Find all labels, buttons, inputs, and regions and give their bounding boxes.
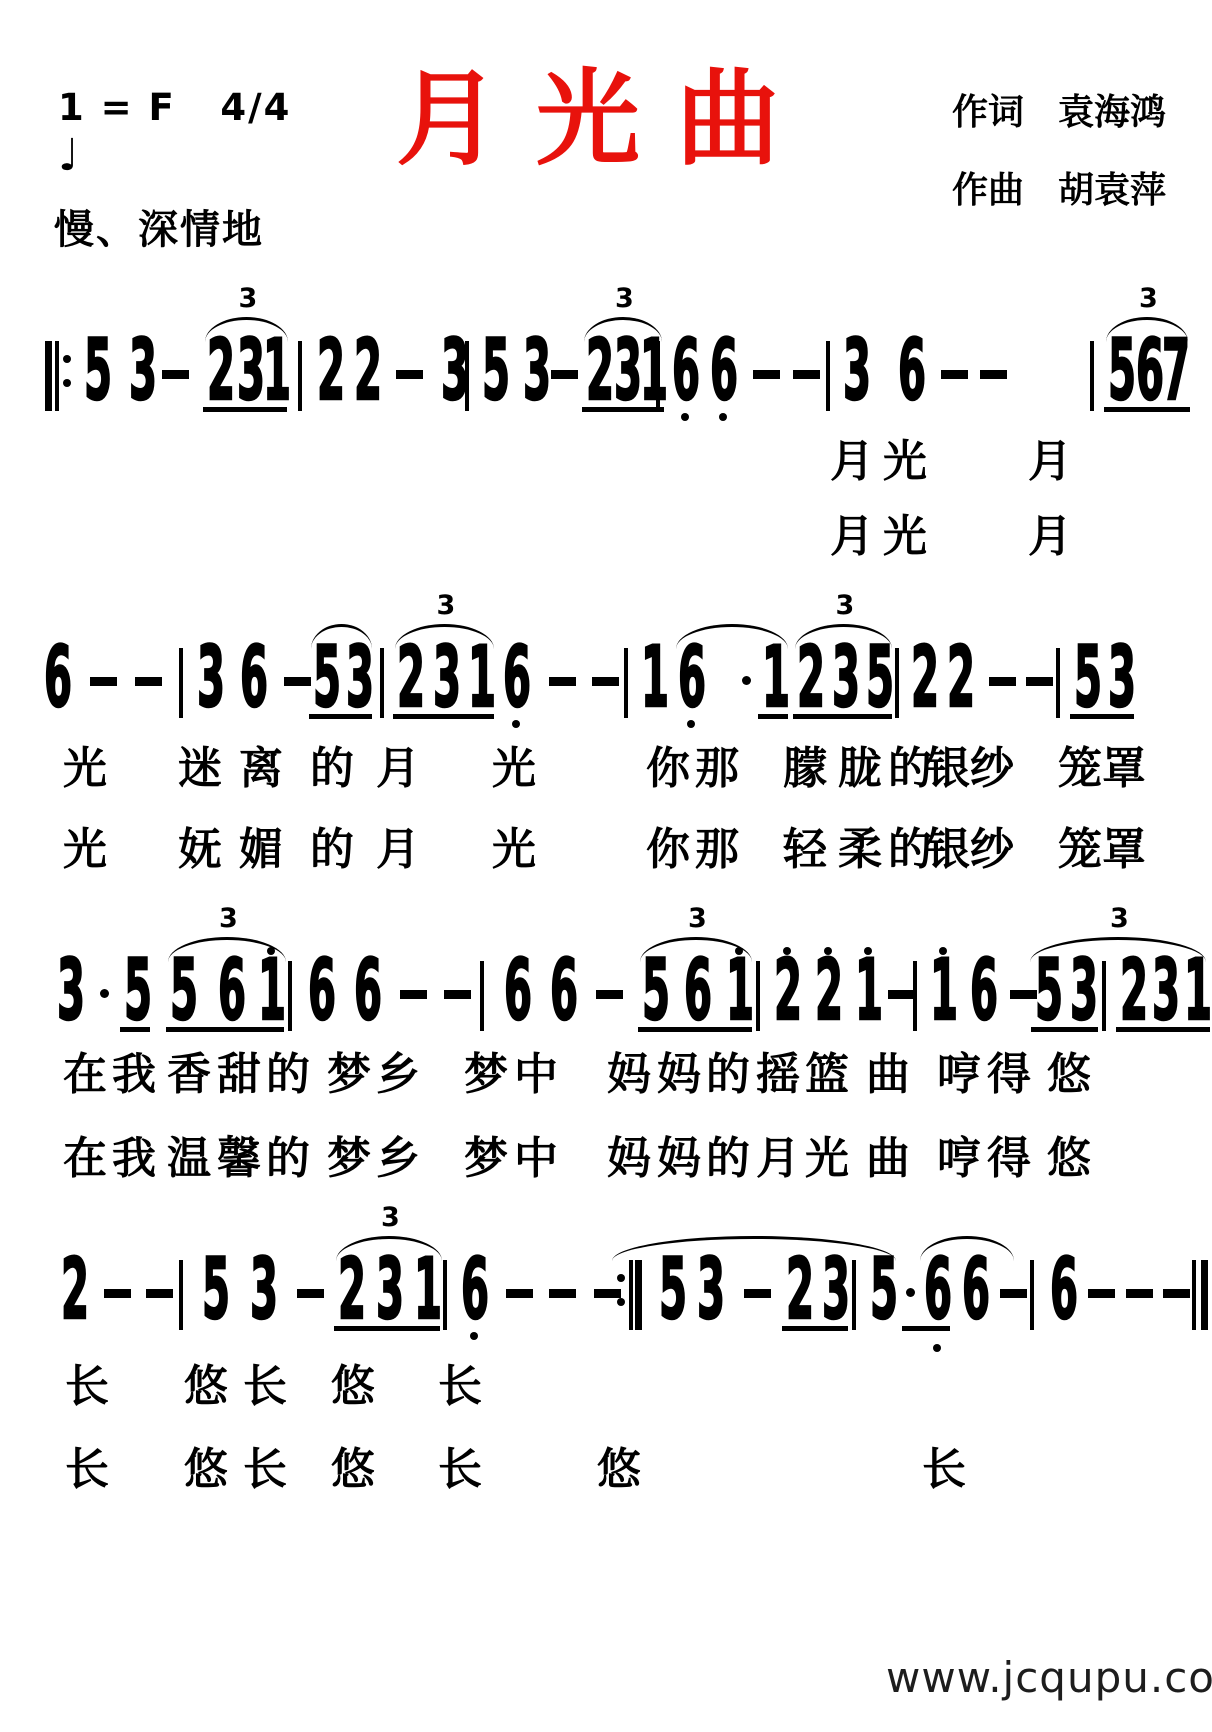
lyric-char: 悠 bbox=[1047, 1137, 1091, 1181]
octave-dot-low bbox=[719, 413, 727, 421]
triplet-number: 3 bbox=[435, 592, 458, 619]
lyric-char: 柔 bbox=[838, 828, 882, 872]
duration-dash bbox=[284, 677, 311, 686]
beam-underline bbox=[120, 1027, 150, 1032]
beam-underline bbox=[782, 1326, 848, 1331]
lyric-char: 妈 bbox=[657, 1137, 701, 1181]
duration-dash bbox=[551, 370, 578, 379]
composer-credit: 作曲胡袁萍 bbox=[952, 162, 1166, 213]
duration-dash bbox=[444, 990, 471, 999]
duration-dash bbox=[506, 1289, 533, 1298]
tempo-expression: 慢、深情地 bbox=[54, 198, 264, 255]
note-digit: 6 bbox=[354, 948, 382, 1032]
lyric-char: 光 bbox=[883, 515, 927, 559]
duration-dash bbox=[549, 677, 576, 686]
lyric-char: 篮 bbox=[805, 1053, 849, 1097]
lyric-char: 光 bbox=[63, 747, 107, 791]
octave-dot-high bbox=[783, 947, 791, 955]
lyric-char: 光 bbox=[63, 828, 107, 872]
duration-dash bbox=[1126, 1289, 1153, 1298]
lyric-char: 梦 bbox=[464, 1137, 508, 1181]
note-digit: 5 bbox=[482, 328, 510, 412]
lyric-char: 月 bbox=[756, 1137, 800, 1181]
note-digit: 2 bbox=[354, 328, 382, 412]
note-digit: 2 bbox=[947, 635, 975, 719]
bar-line bbox=[895, 648, 899, 718]
triplet-number: 3 bbox=[379, 1204, 402, 1231]
repeat-end-thin-bar bbox=[629, 1260, 633, 1330]
note-digit: 3 bbox=[843, 328, 871, 412]
duration-dash bbox=[980, 370, 1007, 379]
bar-line bbox=[298, 341, 302, 411]
song-title: 月光曲 bbox=[396, 62, 816, 176]
lyricist-label: 作词 bbox=[952, 92, 1024, 133]
lyric-char: 悠 bbox=[184, 1448, 228, 1492]
bar-line bbox=[1056, 648, 1060, 718]
octave-dot-low bbox=[512, 720, 520, 728]
sheet-music-page: 1 = F 4/4 ♩ 慢、深情地 月光曲 作词袁海鸿 作曲胡袁萍 532312… bbox=[0, 0, 1212, 1732]
beam-underline bbox=[902, 1326, 950, 1331]
beam-underline bbox=[793, 714, 892, 719]
duration-dash bbox=[1163, 1289, 1190, 1298]
lyric-char: 妈 bbox=[607, 1053, 651, 1097]
lyric-char: 妈 bbox=[657, 1053, 701, 1097]
lyric-char: 月 bbox=[830, 440, 874, 484]
duration-dash bbox=[549, 1289, 576, 1298]
augmentation-dot bbox=[906, 1288, 915, 1297]
repeat-begin-dot bbox=[63, 379, 71, 387]
lyric-char: 迷 bbox=[178, 747, 222, 791]
bar-line bbox=[624, 648, 628, 718]
repeat-end-dot bbox=[617, 1274, 625, 1282]
bar-line bbox=[656, 341, 660, 411]
note-digit: 3 bbox=[197, 635, 225, 719]
beam-underline bbox=[1104, 407, 1190, 412]
duration-dash bbox=[400, 990, 427, 999]
lyric-char: 纱 bbox=[970, 747, 1014, 791]
repeat-begin-thick-bar bbox=[45, 341, 52, 411]
final-bar-thick bbox=[1201, 1260, 1208, 1330]
duration-dash bbox=[594, 1289, 621, 1298]
bar-line bbox=[1102, 961, 1106, 1031]
note-digit: 6 bbox=[308, 948, 336, 1032]
lyric-char: 你 bbox=[646, 828, 690, 872]
lyric-char: 月 bbox=[376, 747, 420, 791]
lyricist-credit: 作词袁海鸿 bbox=[952, 84, 1166, 135]
lyric-char: 乡 bbox=[376, 1053, 420, 1097]
lyric-char: 那 bbox=[695, 828, 739, 872]
note-digit: 5 bbox=[202, 1247, 230, 1331]
octave-dot-low bbox=[470, 1332, 478, 1340]
lyric-char: 中 bbox=[514, 1053, 558, 1097]
note-digit: 3 bbox=[1108, 635, 1136, 719]
duration-dash bbox=[396, 370, 423, 379]
beam-underline bbox=[1031, 1027, 1098, 1032]
lyric-char: 那 bbox=[695, 747, 739, 791]
duration-dash bbox=[793, 370, 820, 379]
duration-dash bbox=[744, 1289, 771, 1298]
bar-line bbox=[913, 961, 917, 1031]
note-digit: 3 bbox=[250, 1247, 278, 1331]
lyric-char: 你 bbox=[646, 747, 690, 791]
bar-line bbox=[1030, 1260, 1034, 1330]
note-digit: 6 bbox=[970, 948, 998, 1032]
lyric-char: 的 bbox=[310, 828, 354, 872]
bar-line bbox=[288, 961, 292, 1031]
lyric-char: 乡 bbox=[376, 1137, 420, 1181]
note-digit: 2 bbox=[61, 1247, 89, 1331]
repeat-begin-dot bbox=[63, 355, 71, 363]
lyric-char: 哼 bbox=[937, 1137, 981, 1181]
lyric-char: 悠 bbox=[1047, 1053, 1091, 1097]
octave-dot-low bbox=[681, 413, 689, 421]
note-digit: 1 bbox=[641, 635, 669, 719]
lyric-char: 曲 bbox=[866, 1053, 910, 1097]
lyric-char: 的 bbox=[266, 1137, 310, 1181]
lyric-char: 的 bbox=[266, 1053, 310, 1097]
lyric-char: 温 bbox=[167, 1137, 211, 1181]
beam-underline bbox=[582, 407, 664, 412]
duration-dash bbox=[104, 1289, 131, 1298]
lyric-char: 得 bbox=[987, 1053, 1031, 1097]
bar-line bbox=[1090, 341, 1094, 411]
note-digit: 5 bbox=[84, 328, 112, 412]
bar-line bbox=[380, 648, 384, 718]
final-bar-thin bbox=[1192, 1260, 1196, 1330]
bar-line bbox=[179, 648, 183, 718]
beam-underline bbox=[638, 1027, 752, 1032]
triplet-number: 3 bbox=[834, 592, 857, 619]
triplet-number: 3 bbox=[686, 905, 709, 932]
beam-underline bbox=[1116, 1027, 1210, 1032]
note-digit: 6 bbox=[672, 328, 700, 412]
lyric-char: 笼 bbox=[1058, 747, 1102, 791]
duration-dash bbox=[941, 370, 968, 379]
lyric-char: 纱 bbox=[970, 828, 1014, 872]
note-digit: 6 bbox=[898, 328, 926, 412]
lyric-char: 馨 bbox=[217, 1137, 261, 1181]
lyric-char: 梦 bbox=[464, 1053, 508, 1097]
key-time-signature: 1 = F 4/4 bbox=[58, 86, 291, 129]
bar-line bbox=[480, 961, 484, 1031]
beam-underline bbox=[334, 1326, 440, 1331]
note-digit: 2 bbox=[317, 328, 345, 412]
triplet-number: 3 bbox=[1108, 905, 1131, 932]
lyric-char: 中 bbox=[514, 1137, 558, 1181]
duration-dash bbox=[1010, 990, 1037, 999]
triplet-number: 3 bbox=[1137, 285, 1160, 312]
note-digit: 6 bbox=[461, 1247, 489, 1331]
lyric-char: 长 bbox=[922, 1448, 966, 1492]
lyric-char: 在 bbox=[63, 1137, 107, 1181]
bar-line bbox=[443, 1260, 447, 1330]
lyric-char: 离 bbox=[239, 747, 283, 791]
lyric-char: 我 bbox=[112, 1137, 156, 1181]
lyric-char: 的 bbox=[310, 747, 354, 791]
lyric-char: 光 bbox=[492, 747, 536, 791]
lyric-char: 光 bbox=[883, 440, 927, 484]
note-digit: 2 bbox=[774, 948, 802, 1032]
lyric-char: 月 bbox=[1028, 515, 1072, 559]
lyric-char: 妩 bbox=[178, 828, 222, 872]
note-digit: 6 bbox=[240, 635, 268, 719]
duration-dash bbox=[297, 1289, 324, 1298]
lyricist-name: 袁海鸿 bbox=[1058, 92, 1166, 133]
lyric-char: 长 bbox=[438, 1448, 482, 1492]
augmentation-dot bbox=[100, 989, 109, 998]
note-digit: 3 bbox=[129, 328, 157, 412]
lyric-char: 胧 bbox=[838, 747, 882, 791]
note-digit: 5 bbox=[124, 948, 152, 1032]
note-digit: 6 bbox=[550, 948, 578, 1032]
quarter-note-icon: ♩ bbox=[58, 134, 79, 178]
bar-line bbox=[756, 961, 760, 1031]
note-digit: 6 bbox=[1050, 1247, 1078, 1331]
lyric-char: 的 bbox=[706, 1137, 750, 1181]
duration-dash bbox=[135, 677, 162, 686]
note-digit: 6 bbox=[710, 328, 738, 412]
repeat-end-thick-bar bbox=[635, 1260, 642, 1330]
duration-dash bbox=[146, 1289, 173, 1298]
triplet-number: 3 bbox=[237, 285, 260, 312]
duration-dash bbox=[1000, 1289, 1027, 1298]
beam-underline bbox=[203, 407, 287, 412]
watermark-url: www.jcqupu.com bbox=[886, 1653, 1212, 1702]
lyric-char: 香 bbox=[167, 1053, 211, 1097]
duration-dash bbox=[90, 677, 117, 686]
lyric-char: 长 bbox=[243, 1365, 287, 1409]
lyric-char: 长 bbox=[243, 1448, 287, 1492]
note-digit: 1 bbox=[855, 948, 883, 1032]
duration-dash bbox=[989, 677, 1016, 686]
note-digit: 6 bbox=[503, 635, 531, 719]
note-digit: 2 bbox=[815, 948, 843, 1032]
beam-underline bbox=[166, 1027, 284, 1032]
duration-dash bbox=[162, 370, 189, 379]
octave-dot-high bbox=[824, 947, 832, 955]
octave-dot-high bbox=[864, 947, 872, 955]
octave-dot-low bbox=[933, 1344, 941, 1352]
note-digit: 3 bbox=[523, 328, 551, 412]
bar-line bbox=[826, 341, 830, 411]
repeat-end-dot bbox=[617, 1298, 625, 1306]
duration-dash bbox=[1088, 1289, 1115, 1298]
bar-line bbox=[852, 1260, 856, 1330]
lyric-char: 悠 bbox=[331, 1448, 375, 1492]
lyric-char: 银 bbox=[926, 747, 970, 791]
lyric-char: 悠 bbox=[331, 1365, 375, 1409]
lyric-char: 摇 bbox=[756, 1053, 800, 1097]
lyric-char: 罩 bbox=[1102, 828, 1146, 872]
lyric-char: 罩 bbox=[1102, 747, 1146, 791]
lyric-char: 朦 bbox=[783, 747, 827, 791]
beam-underline bbox=[393, 714, 494, 719]
lyric-char: 轻 bbox=[783, 828, 827, 872]
triplet-number: 3 bbox=[613, 285, 636, 312]
lyric-char: 银 bbox=[926, 828, 970, 872]
duration-dash bbox=[596, 990, 623, 999]
composer-name: 胡袁萍 bbox=[1058, 170, 1166, 211]
note-digit: 5 bbox=[1074, 635, 1102, 719]
note-digit: 1 bbox=[930, 948, 958, 1032]
lyric-char: 月 bbox=[1028, 440, 1072, 484]
duration-dash bbox=[592, 677, 619, 686]
beam-underline bbox=[758, 714, 788, 719]
lyric-char: 光 bbox=[805, 1137, 849, 1181]
lyric-char: 长 bbox=[438, 1365, 482, 1409]
lyric-char: 在 bbox=[63, 1053, 107, 1097]
lyric-char: 曲 bbox=[866, 1137, 910, 1181]
lyric-char: 长 bbox=[65, 1448, 109, 1492]
lyric-char: 我 bbox=[112, 1053, 156, 1097]
lyric-char: 妈 bbox=[607, 1137, 651, 1181]
beam-underline bbox=[1070, 714, 1134, 719]
note-digit: 6 bbox=[504, 948, 532, 1032]
lyric-char: 甜 bbox=[217, 1053, 261, 1097]
octave-dot-high bbox=[939, 947, 947, 955]
duration-dash bbox=[753, 370, 780, 379]
note-digit: 6 bbox=[44, 635, 72, 719]
octave-dot-low bbox=[687, 720, 695, 728]
composer-label: 作曲 bbox=[952, 170, 1024, 211]
lyric-char: 月 bbox=[376, 828, 420, 872]
beam-underline bbox=[309, 714, 372, 719]
lyric-char: 哼 bbox=[937, 1053, 981, 1097]
lyric-char: 光 bbox=[492, 828, 536, 872]
lyric-char: 媚 bbox=[239, 828, 283, 872]
bar-line bbox=[465, 341, 469, 411]
lyric-char: 梦 bbox=[327, 1137, 371, 1181]
slur-arc bbox=[612, 1236, 896, 1261]
note-digit: 3 bbox=[57, 948, 85, 1032]
repeat-begin-thin-bar bbox=[55, 341, 59, 411]
lyric-char: 长 bbox=[65, 1365, 109, 1409]
lyric-char: 梦 bbox=[327, 1053, 371, 1097]
note-digit: 2 bbox=[911, 635, 939, 719]
lyric-char: 月 bbox=[830, 515, 874, 559]
lyric-char: 笼 bbox=[1058, 828, 1102, 872]
duration-dash bbox=[888, 990, 915, 999]
lyric-char: 悠 bbox=[597, 1448, 641, 1492]
triplet-number: 3 bbox=[217, 905, 240, 932]
duration-dash bbox=[1026, 677, 1053, 686]
lyric-char: 的 bbox=[706, 1053, 750, 1097]
lyric-char: 悠 bbox=[184, 1365, 228, 1409]
bar-line bbox=[179, 1260, 183, 1330]
augmentation-dot bbox=[742, 676, 751, 685]
lyric-char: 得 bbox=[987, 1137, 1031, 1181]
